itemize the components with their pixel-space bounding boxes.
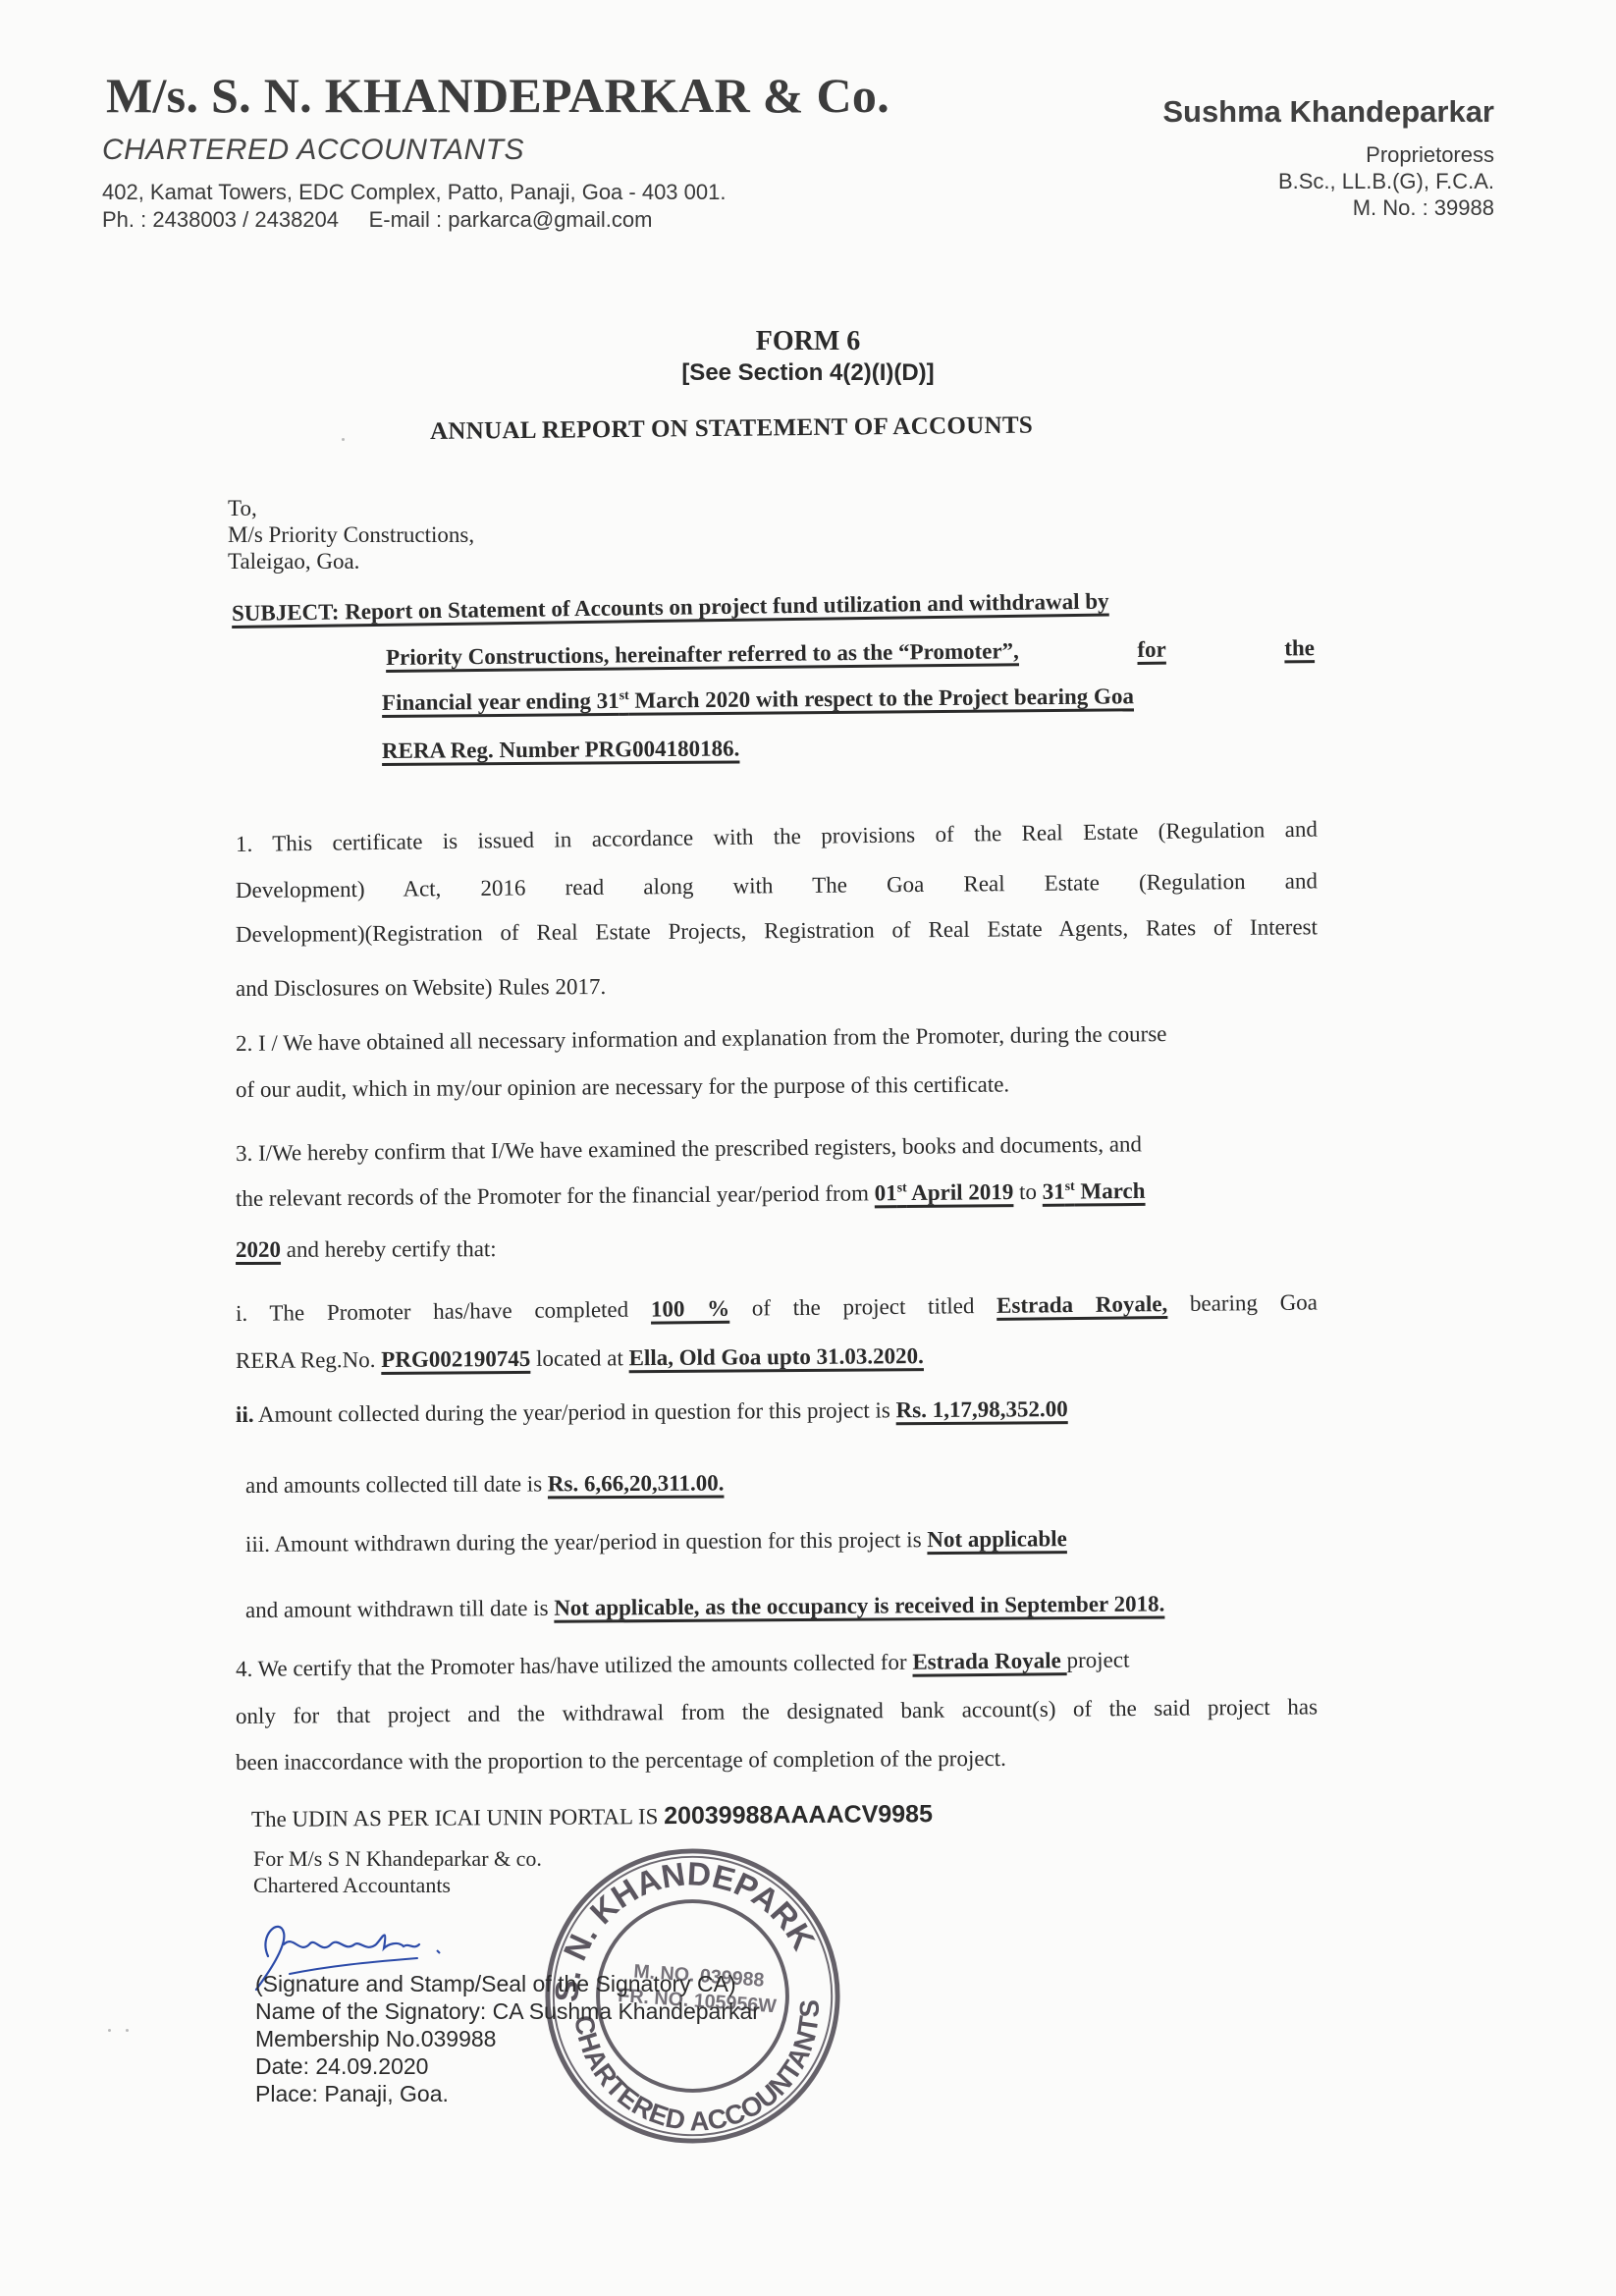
udin-code: 20039988AAAACV9985 xyxy=(664,1800,933,1830)
form-section: [See Section 4(2)(I)(D)] xyxy=(0,359,1616,387)
firm-address: 402, Kamat Towers, EDC Complex, Patto, P… xyxy=(102,179,726,206)
period-from: 01st April 2019 xyxy=(875,1179,1014,1205)
subject-line-1: SUBJECT: Report on Statement of Accounts… xyxy=(232,589,1109,627)
item-i-located: located at xyxy=(530,1345,628,1371)
signature-place: Place: Panaji, Goa. xyxy=(255,2080,760,2107)
addressee-place: Taleigao, Goa. xyxy=(228,548,474,574)
udin-label: The UDIN AS PER ICAI UNIN PORTAL IS xyxy=(251,1804,664,1831)
period-to-rest: March xyxy=(1075,1178,1146,1204)
project-location: Ella, Old Goa upto 31.03.2020. xyxy=(628,1343,923,1370)
item-i-line2: RERA Reg.No. PRG002190745 located at Ell… xyxy=(236,1343,924,1374)
scan-speck xyxy=(342,438,345,441)
signatory-details: (Signature and Stamp/Seal of the Signato… xyxy=(255,1970,760,2107)
firm-name: M/s. S. N. KHANDEPARKAR & Co. xyxy=(106,67,889,124)
item-i-prefix: i. The Promoter has/have completed xyxy=(236,1297,651,1326)
item-iii-line2: and amount withdrawn till date is Not ap… xyxy=(245,1591,1164,1623)
report-title: ANNUAL REPORT ON STATEMENT OF ACCOUNTS xyxy=(430,412,1033,446)
para1-line1: 1. This certificate is issued in accorda… xyxy=(236,817,1318,857)
para2-line1: 2. I / We have obtained all necessary in… xyxy=(236,1021,1167,1057)
amount-collected-total: Rs. 6,66,20,311.00. xyxy=(548,1470,725,1496)
completion-percent: 100 % xyxy=(651,1296,729,1322)
amount-collected-year: Rs. 1,17,98,352.00 xyxy=(896,1396,1068,1422)
para4-line2: only for that project and the withdrawal… xyxy=(236,1694,1318,1729)
proprietor-name: Sushma Khandeparkar xyxy=(1162,94,1494,130)
signature-caption: (Signature and Stamp/Seal of the Signato… xyxy=(255,1970,760,1997)
proprietor-membership: M. No. : 39988 xyxy=(1278,194,1494,221)
email-label: E-mail : xyxy=(369,207,443,232)
para1-line3: Development)(Registration of Real Estate… xyxy=(236,914,1318,948)
para4-line1: 4. We certify that the Promoter has/have… xyxy=(236,1647,1130,1682)
signature-date: Date: 24.09.2020 xyxy=(255,2052,760,2080)
para4-project-name: Estrada Royale xyxy=(912,1648,1066,1674)
para3-line2-text: the relevant records of the Promoter for… xyxy=(236,1180,875,1211)
proprietor-qualifications: B.Sc., LL.B.(G), F.C.A. xyxy=(1278,168,1494,194)
subject-line-2-text: Priority Constructions, hereinafter refe… xyxy=(386,638,1019,671)
period-from-day: 01 xyxy=(875,1180,897,1205)
period-to-day: 31 xyxy=(1043,1179,1065,1204)
para1-line2: Development) Act, 2016 read along with T… xyxy=(236,868,1318,903)
period-to-sup: st xyxy=(1065,1178,1075,1193)
item-i-mid: of the project titled xyxy=(729,1293,997,1321)
subject-line-3-rest: March 2020 with respect to the Project b… xyxy=(629,683,1134,712)
subject-date-day: Financial year ending 31 xyxy=(382,688,619,715)
period-to: 31st March xyxy=(1043,1178,1146,1204)
subject-line-2: Priority Constructions, hereinafter refe… xyxy=(386,635,1315,671)
subject-line-4: RERA Reg. Number PRG004180186. xyxy=(382,736,740,764)
item-ii-label: ii. xyxy=(236,1402,254,1427)
project-name: Estrada Royale, xyxy=(997,1291,1167,1318)
para4-line1-text: 4. We certify that the Promoter has/have… xyxy=(236,1650,913,1681)
para3-line1: 3. I/We hereby confirm that I/We have ex… xyxy=(236,1131,1142,1167)
item-i-reg-label: RERA Reg.No. xyxy=(236,1347,381,1373)
item-ii-line1: ii. Amount collected during the year/per… xyxy=(236,1396,1068,1428)
proprietor-title: Proprietoress xyxy=(1278,141,1494,168)
firm-subtitle: CHARTERED ACCOUNTANTS xyxy=(102,134,524,167)
period-from-sup: st xyxy=(897,1179,907,1194)
item-iii-text: iii. Amount withdrawn during the year/pe… xyxy=(245,1527,928,1557)
form-title: FORM 6 xyxy=(0,326,1616,357)
para2-line2: of our audit, which in my/our opinion ar… xyxy=(236,1071,1009,1103)
rera-reg-no: PRG002190745 xyxy=(381,1346,530,1372)
proprietor-details: Proprietoress B.Sc., LL.B.(G), F.C.A. M.… xyxy=(1278,141,1494,221)
firm-type: Chartered Accountants xyxy=(253,1872,542,1898)
period-to-word: to xyxy=(1013,1179,1043,1204)
para1-line4: and Disclosures on Website) Rules 2017. xyxy=(236,974,606,1002)
email-address: parkarca@gmail.com xyxy=(448,207,652,232)
item-i-suffix: bearing Goa xyxy=(1167,1289,1318,1316)
firm-address-block: 402, Kamat Towers, EDC Complex, Patto, P… xyxy=(102,179,726,234)
signatory-membership: Membership No.039988 xyxy=(255,2025,760,2052)
firm-contact: Ph. : 2438003 / 2438204 E-mail : parkarc… xyxy=(102,206,726,234)
subject-line-3: Financial year ending 31st March 2020 wi… xyxy=(382,683,1311,716)
para4-line3: been inaccordance with the proportion to… xyxy=(236,1746,1006,1776)
udin-line: The UDIN AS PER ICAI UNIN PORTAL IS 2003… xyxy=(251,1800,933,1833)
for-firm: For M/s S N Khandeparkar & co. xyxy=(253,1845,542,1872)
period-to-year: 2020 xyxy=(236,1237,281,1262)
addressee-to: To, xyxy=(228,495,474,521)
item-ii-text: Amount collected during the year/period … xyxy=(253,1397,895,1427)
addressee-name: M/s Priority Constructions, xyxy=(228,521,474,548)
para3-line3-text: and hereby certify that: xyxy=(281,1236,497,1262)
subject-line-2-the: the xyxy=(1284,635,1315,661)
para4-line1-end: project xyxy=(1066,1647,1129,1672)
addressee: To, M/s Priority Constructions, Taleigao… xyxy=(228,495,474,574)
period-from-rest: April 2019 xyxy=(907,1179,1014,1205)
scan-speck xyxy=(126,2029,129,2032)
para3-line3: 2020 and hereby certify that: xyxy=(236,1236,497,1263)
for-firm-block: For M/s S N Khandeparkar & co. Chartered… xyxy=(253,1845,542,1898)
signatory-name: Name of the Signatory: CA Sushma Khandep… xyxy=(255,1997,760,2025)
para3-line2: the relevant records of the Promoter for… xyxy=(236,1178,1146,1212)
amount-withdrawn-year: Not applicable xyxy=(927,1526,1067,1552)
item-iii-line2-text: and amount withdrawn till date is xyxy=(245,1596,554,1622)
scan-speck xyxy=(108,2029,111,2032)
item-ii-line2-text: and amounts collected till date is xyxy=(245,1471,548,1498)
item-i-line1: i. The Promoter has/have completed 100 %… xyxy=(236,1289,1318,1327)
phone-label: Ph. : xyxy=(102,207,146,232)
amount-withdrawn-total: Not applicable, as the occupancy is rece… xyxy=(554,1591,1164,1619)
phone-number: 2438003 / 2438204 xyxy=(152,207,339,232)
item-ii-line2: and amounts collected till date is Rs. 6… xyxy=(245,1470,725,1499)
item-iii-line1: iii. Amount withdrawn during the year/pe… xyxy=(245,1526,1067,1558)
subject-line-3-text: Financial year ending 31st March 2020 wi… xyxy=(382,683,1134,716)
subject-line-2-for: for xyxy=(1137,637,1166,663)
subject-date-sup: st xyxy=(619,687,629,702)
